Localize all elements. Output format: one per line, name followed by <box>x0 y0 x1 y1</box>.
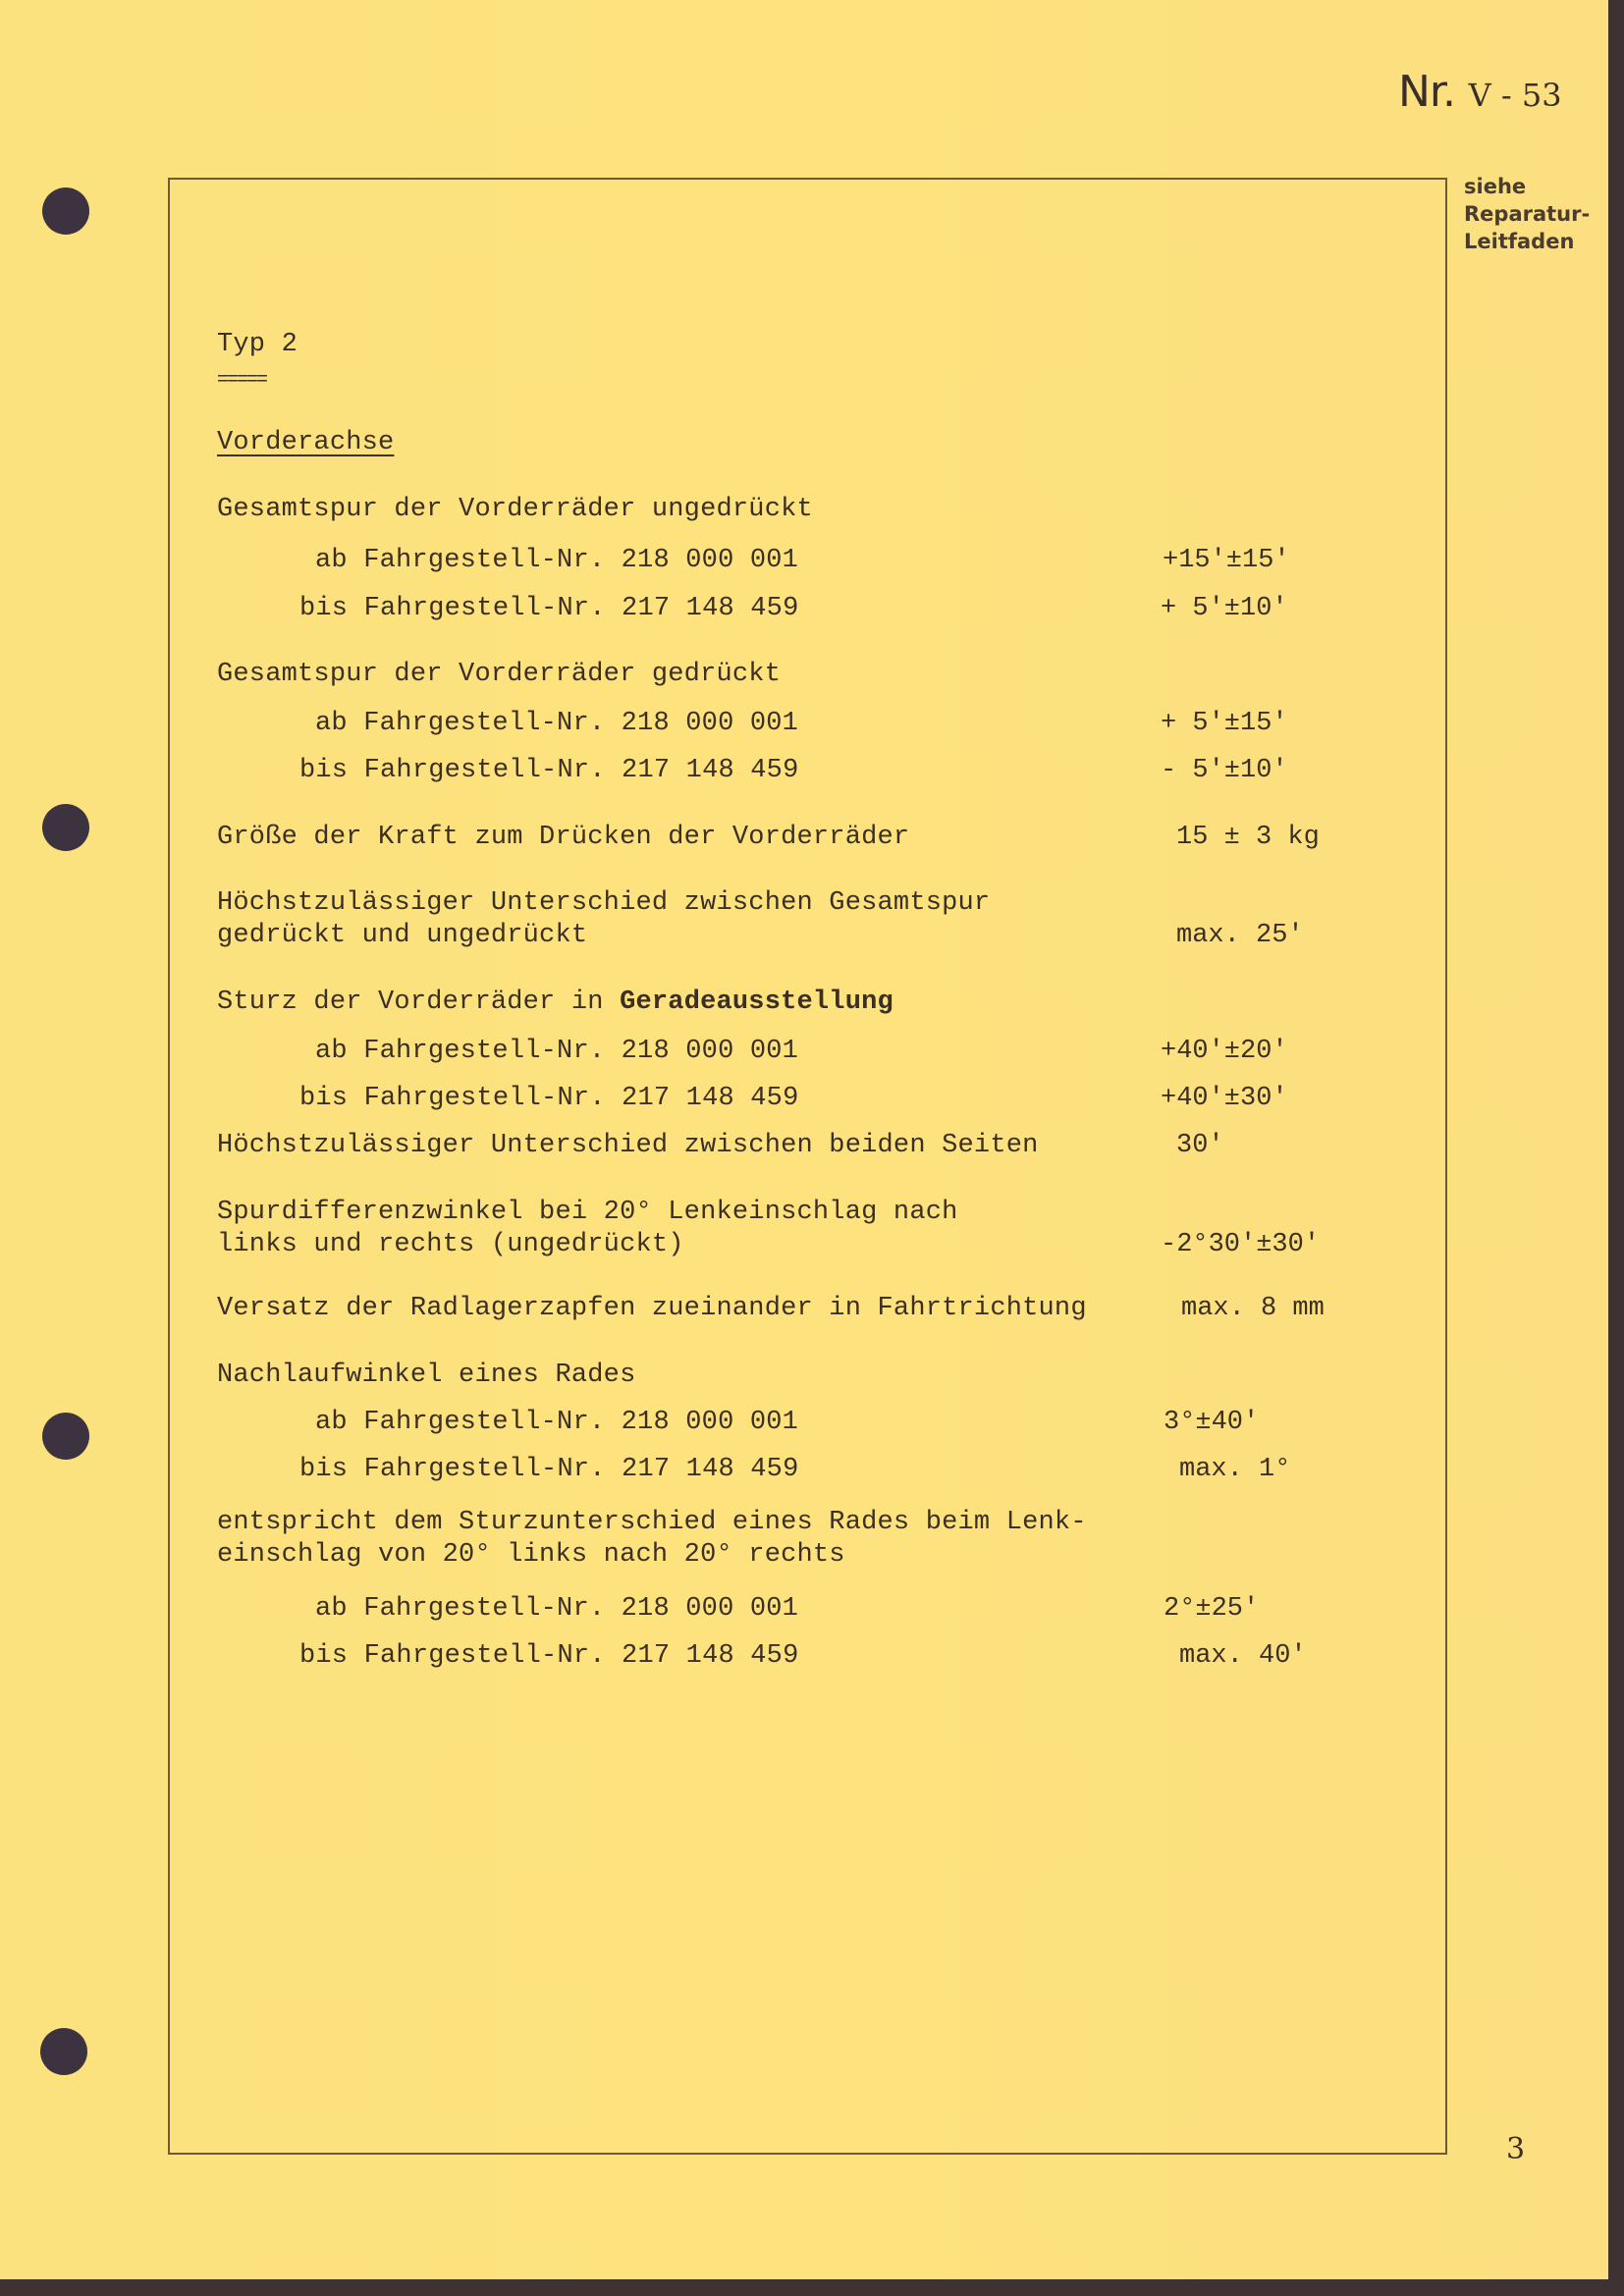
spec-label: bis Fahrgestell-Nr. 217 148 459 <box>299 1455 798 1484</box>
spec-label: Sturz der Vorderräder in Geradeausstellu… <box>217 988 893 1017</box>
spec-value: 30' <box>1176 1131 1224 1160</box>
spec-value: + 5'±15' <box>1161 709 1288 738</box>
spec-label: Gesamtspur der Vorderräder gedrückt <box>217 660 781 689</box>
type-heading: Typ 2 <box>217 330 298 359</box>
spec-label: bis Fahrgestell-Nr. 217 148 459 <box>299 1641 798 1671</box>
spec-label: bis Fahrgestell-Nr. 217 148 459 <box>299 1084 798 1113</box>
punch-hole <box>42 804 89 851</box>
spec-label: ab Fahrgestell-Nr. 218 000 001 <box>315 1037 798 1066</box>
document-page: Nr. V - 53 siehe Reparatur- Leitfaden Ty… <box>0 0 1608 2279</box>
punch-hole <box>40 2028 87 2075</box>
spec-label: ab Fahrgestell-Nr. 218 000 001 <box>315 1408 798 1437</box>
document-number-value: V - 53 <box>1469 77 1562 114</box>
page-number: 3 <box>1506 2132 1525 2166</box>
spec-value: +40'±20' <box>1161 1037 1288 1066</box>
spec-value: max. 1° <box>1179 1455 1290 1484</box>
spec-label-part: Sturz der Vorderräder in <box>217 988 620 1017</box>
spec-label: bis Fahrgestell-Nr. 217 148 459 <box>299 594 798 623</box>
spec-label: Höchstzulässiger Unterschied zwischen be… <box>217 1131 1039 1160</box>
spec-label-bold: Geradeausstellung <box>620 988 893 1017</box>
spec-label: Spurdifferenzwinkel bei 20° Lenkeinschla… <box>217 1198 958 1227</box>
side-note-line: Leitfaden <box>1464 228 1590 255</box>
spec-label: einschlag von 20° links nach 20° rechts <box>217 1540 845 1570</box>
punch-hole <box>42 1413 89 1460</box>
spec-label: gedrückt und ungedrückt <box>217 921 587 950</box>
type-heading-underline: ===== <box>217 369 266 392</box>
spec-value: 3°±40' <box>1164 1408 1259 1437</box>
punch-hole <box>42 187 89 235</box>
document-number: Nr. V - 53 <box>1398 67 1562 117</box>
spec-value: max. 25' <box>1176 921 1304 950</box>
spec-label: Höchstzulässiger Unterschied zwischen Ge… <box>217 888 990 918</box>
spec-label: Gesamtspur der Vorderräder ungedrückt <box>217 495 813 524</box>
content-frame <box>168 178 1447 2155</box>
side-note-line: Reparatur- <box>1464 200 1590 228</box>
section-heading: Vorderachse <box>217 428 394 457</box>
spec-value: 15 ± 3 kg <box>1176 823 1320 852</box>
spec-label: entspricht dem Sturzunterschied eines Ra… <box>217 1508 1087 1537</box>
spec-label: links und rechts (ungedrückt) <box>217 1230 684 1259</box>
spec-value: + 5'±10' <box>1161 594 1288 623</box>
spec-value: +15'±15' <box>1163 546 1290 575</box>
spec-value: - 5'±10' <box>1161 756 1288 785</box>
spec-label: ab Fahrgestell-Nr. 218 000 001 <box>315 546 798 575</box>
spec-label: ab Fahrgestell-Nr. 218 000 001 <box>315 709 798 738</box>
side-note: siehe Reparatur- Leitfaden <box>1464 173 1590 255</box>
spec-label: bis Fahrgestell-Nr. 217 148 459 <box>299 756 798 785</box>
spec-label: Größe der Kraft zum Drücken der Vorderrä… <box>217 823 909 852</box>
spec-value: +40'±30' <box>1161 1084 1288 1113</box>
spec-value: -2°30'±30' <box>1161 1230 1320 1259</box>
spec-label: Nachlaufwinkel eines Rades <box>217 1361 635 1390</box>
spec-value: max. 40' <box>1179 1641 1307 1671</box>
spec-label: Versatz der Radlagerzapfen zueinander in… <box>217 1294 1087 1323</box>
document-number-label: Nr. <box>1398 67 1455 117</box>
side-note-line: siehe <box>1464 173 1590 200</box>
spec-label: ab Fahrgestell-Nr. 218 000 001 <box>315 1594 798 1624</box>
spec-value: max. 8 mm <box>1181 1294 1325 1323</box>
spec-value: 2°±25' <box>1164 1594 1259 1624</box>
